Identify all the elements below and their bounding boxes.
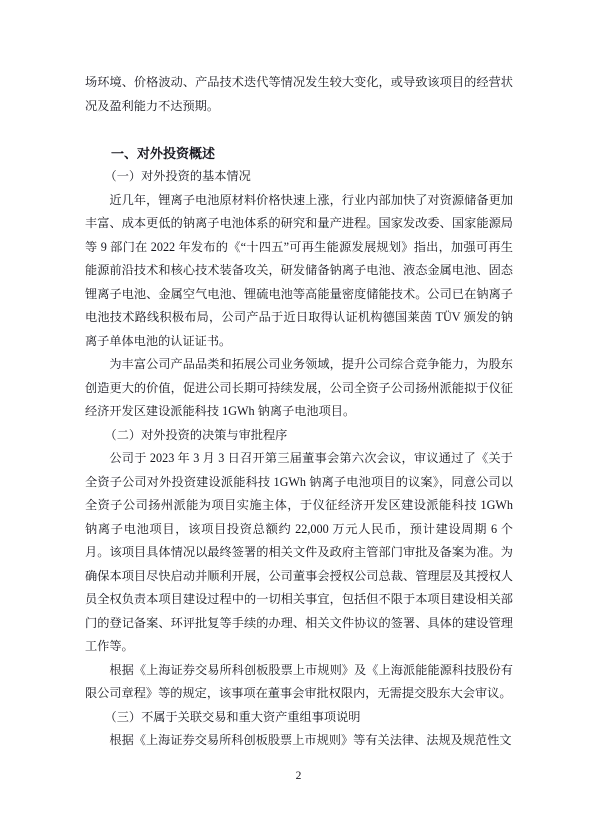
page-footer: 2 — [0, 768, 597, 784]
paragraph-industry-background: 近几年，锂离子电池原材料价格快速上涨，行业内部加快了对资源储备更加丰富、成本更低… — [85, 189, 513, 354]
section-heading-investment-overview: 一、对外投资概述 — [85, 142, 513, 166]
paragraph-approval-authority: 根据《上海证券交易所科创板股票上市规则》及《上海派能能源科技股份有限公司章程》等… — [85, 659, 513, 706]
page-number: 2 — [296, 770, 302, 782]
subsection-heading-basic-situation: （一）对外投资的基本情况 — [85, 165, 513, 189]
document-page: 场环境、价格波动、产品技术迭代等情况发生较大变化，或导致该项目的经营状况及盈利能… — [0, 0, 597, 839]
document-body: 场环境、价格波动、产品技术迭代等情况发生较大变化，或导致该项目的经营状况及盈利能… — [85, 71, 513, 753]
subsection-heading-approval-procedure: （二）对外投资的决策与审批程序 — [85, 424, 513, 448]
paragraph-regulation-reference: 根据《上海证券交易所科创板股票上市规则》等有关法律、法规及规范性文 — [85, 729, 513, 753]
paragraph-project-purpose: 为丰富公司产品品类和拓展公司业务领域，提升公司综合竞争能力，为股东创造更大的价值… — [85, 353, 513, 424]
paragraph-board-resolution: 公司于 2023 年 3 月 3 日召开第三届董事会第六次会议，审议通过了《关于… — [85, 447, 513, 659]
paragraph-risk-continuation: 场环境、价格波动、产品技术迭代等情况发生较大变化，或导致该项目的经营状况及盈利能… — [85, 71, 513, 118]
subsection-heading-related-transaction-note: （三）不属于关联交易和重大资产重组事项说明 — [85, 706, 513, 730]
